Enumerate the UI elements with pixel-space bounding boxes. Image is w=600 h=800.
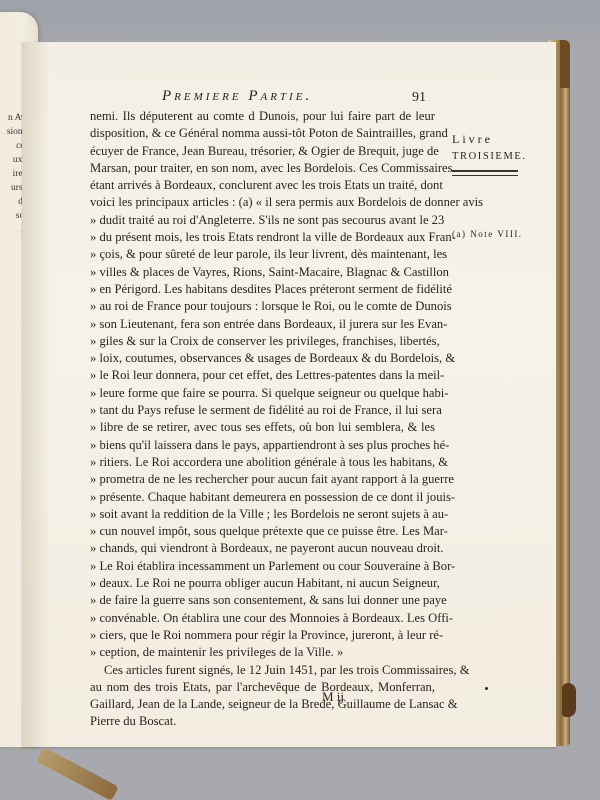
margin-title-line: troisieme. bbox=[452, 148, 572, 166]
text-line: » ciers, que le Roi nommera pour régir l… bbox=[90, 627, 435, 644]
text-line: » soit avant la reddition de la Ville ; … bbox=[90, 506, 435, 523]
text-line: » ception, de maintenir les privileges d… bbox=[90, 644, 435, 661]
margin-rule bbox=[452, 170, 518, 176]
text-line: » dudit traité au roi d'Angleterre. S'il… bbox=[90, 212, 435, 229]
text-line: » deaux. Le Roi ne pourra obliger aucun … bbox=[90, 575, 435, 592]
book-cover-corner bbox=[560, 40, 570, 88]
text-line: Ces articles furent signés, le 12 Juin 1… bbox=[90, 662, 435, 679]
text-line: » giles & sur la Croix de conserver les … bbox=[90, 333, 435, 350]
book-page: Premiere Partie. 91 nemi. Ils députerent… bbox=[22, 42, 556, 747]
text-line: » Le Roi établira incessamment un Parlem… bbox=[90, 558, 435, 575]
text-line: » biens qu'il laissera dans le pays, app… bbox=[90, 437, 435, 454]
text-line: Gaillard, Jean de la Lande, seigneur de … bbox=[90, 696, 435, 713]
text-line: » tant du Pays refuse le serment de fidé… bbox=[90, 402, 435, 419]
text-line: » libre de se retirer, avec tous ses eff… bbox=[90, 419, 435, 436]
backdrop bbox=[0, 0, 600, 45]
page-number: 91 bbox=[412, 90, 426, 106]
text-line: disposition, & ce Général nomma aussi-tô… bbox=[90, 125, 435, 142]
text-line: » au roi de France pour toujours : lorsq… bbox=[90, 298, 435, 315]
text-line: » en Périgord. Les habitans desdites Pla… bbox=[90, 281, 435, 298]
text-line: » loix, coutumes, observances & usages d… bbox=[90, 350, 435, 367]
text-line: au nom des trois Etats, par l'archevêque… bbox=[90, 679, 435, 696]
text-line: Marsan, pour traiter, en son nom, avec l… bbox=[90, 160, 435, 177]
book-cover-damage bbox=[562, 683, 576, 717]
text-line: » leure forme que faire se pourra. Si qu… bbox=[90, 385, 435, 402]
text-line: » prometra de ne les rechercher pour auc… bbox=[90, 471, 435, 488]
text-line: » le Roi leur donnera, pour cet effet, d… bbox=[90, 367, 435, 384]
text-line: étant arrivés à Bordeaux, conclurent ave… bbox=[90, 177, 435, 194]
text-line: » cun nouvel impôt, sous quelque prétext… bbox=[90, 523, 435, 540]
text-line: voici les principaux articles : (a) « il… bbox=[90, 194, 435, 211]
margin-title-line: Livre bbox=[452, 130, 572, 148]
text-line: » convénable. On établira une cour des M… bbox=[90, 610, 435, 627]
text-line: Pierre du Boscat. bbox=[90, 713, 435, 730]
margin-section-title: Livre troisieme. bbox=[452, 130, 572, 176]
body-text: nemi. Ils députerent au comte d Dunois, … bbox=[90, 108, 435, 731]
margin-note: (a) Note VIII. bbox=[452, 229, 523, 239]
signature-mark: M ij bbox=[322, 689, 344, 705]
foxing-spot bbox=[485, 687, 488, 690]
text-line: » présente. Chaque habitant demeurera en… bbox=[90, 489, 435, 506]
text-line: » ritiers. Le Roi accordera une abolitio… bbox=[90, 454, 435, 471]
running-head: Premiere Partie. bbox=[162, 88, 312, 105]
text-line: écuyer de France, Jean Bureau, trésorier… bbox=[90, 143, 435, 160]
text-line: » villes & places de Vayres, Rions, Sain… bbox=[90, 264, 435, 281]
text-line: » de faire la guerre sans son consenteme… bbox=[90, 592, 435, 609]
text-line: » chands, qui viendront à Bordeaux, ne p… bbox=[90, 540, 435, 557]
bookmark-ribbon bbox=[36, 747, 119, 800]
text-line: » du présent mois, les trois Etats rendr… bbox=[90, 229, 435, 246]
text-line: » çois, & pour sûreté de leur parole, il… bbox=[90, 246, 435, 263]
text-line: » son Lieutenant, fera son entrée dans B… bbox=[90, 316, 435, 333]
text-line: nemi. Ils députerent au comte d Dunois, … bbox=[90, 108, 435, 125]
